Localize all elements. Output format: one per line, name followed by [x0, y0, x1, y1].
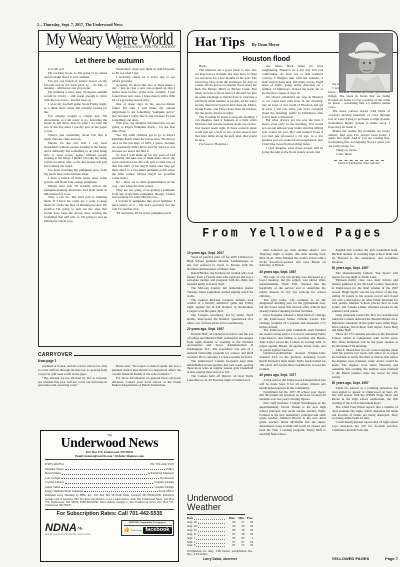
staff-name: Crystal Alberts [45, 480, 64, 484]
staff-name: Dean Winter [45, 471, 61, 475]
paragraph: The Underwood Comets hoopsters kept thei… [187, 360, 253, 375]
text-column-1: 10 years ago, Sept. 2007Years of practic… [187, 249, 253, 562]
staff-role: Production [160, 476, 174, 480]
ndna-logo-text: NDNA [45, 522, 77, 534]
paragraph: Dean is Dickinson area rancher [334, 160, 384, 166]
staff-row: Jamie SullerGraphic Design [45, 485, 174, 489]
leader-dots [65, 483, 154, 484]
paragraph: Thirteen hobby class cars, their drivers… [332, 279, 398, 314]
staff-row: Peggy Wellnitz/Janel JohannesFront Offic… [45, 489, 174, 493]
paragraph: "The amount we are allowed by law to inc… [38, 377, 107, 389]
leader-dots [196, 546, 225, 547]
staff-name: Jamie Suller [45, 485, 60, 489]
text-column-2: Rinas said. "We expect to deficit spend,… [112, 365, 181, 388]
paragraph: Coach Kenny Decker reports that 25 high … [332, 421, 398, 433]
weather-table: Date Max. Min. Prec. Aug. 289457.00Aug. … [187, 517, 253, 548]
paragraph: The McLean County Jail demolition starte… [187, 287, 253, 299]
leader-dots [194, 519, 225, 520]
article-body: Is it fall yet?I'm wearing boots, so I'm… [39, 68, 180, 224]
column-text: then followed up with another district w… [259, 249, 325, 437]
usps-phone-row: USPS 464754 Ph: 701-442-5525 [45, 462, 174, 466]
paragraph: The Cougars secondary, led by senior Tay… [187, 314, 253, 326]
ndna-logo-subtext: NORTH DAKOTA NEWSPAPER ASSOCIATION [45, 535, 91, 537]
masthead-title: Underwood News [45, 436, 174, 450]
hat-tips-box: Hat Tips By Dean Meyer Houston flood Hel… [187, 30, 398, 223]
leader-dots [61, 478, 160, 479]
paragraph: Yes, my adult children get to go to Papa… [112, 134, 175, 153]
staff-role: Editor [166, 467, 174, 471]
paragraph: Underwood-Riverdale downed Wishek-Lehr-Z… [259, 352, 325, 371]
paragraph: Makes me realize my problems are pretty … [328, 130, 390, 149]
article-headline: Houston flood [188, 56, 345, 63]
leader-dots [198, 527, 226, 528]
leader-dots [198, 535, 226, 536]
paragraph: Actually, it's more like two or three ti… [112, 84, 175, 103]
underwood-weather-box: Underwood Weather Date Max. Min. Prec. A… [187, 492, 253, 562]
leader-dots [65, 469, 166, 470]
paragraph: I wore my football game boots Friday nig… [44, 103, 107, 115]
paragraph: We always scheduled our stop in Houston … [262, 96, 324, 119]
carryover-body: payment is frozen, and the school will n… [38, 365, 181, 388]
leader-dots [84, 491, 157, 492]
paragraph: Maybe it's the fact that I can wear swea… [44, 142, 107, 169]
leader-dots [198, 531, 226, 532]
paragraph: But what always got me was the heat. I m… [262, 119, 324, 146]
paragraph: That, I can do. The hard part is thinnin… [44, 196, 107, 223]
paragraph: English and coaches the girls basketball… [332, 249, 398, 264]
paragraph: The Underwood girls basketball team fini… [259, 329, 325, 352]
paragraph: Donald Hoff, an Underwood native and the… [187, 333, 253, 360]
paragraph: Randi Bucher, the Underwood woman who to… [187, 272, 253, 287]
jump-label: YELLOWED PAGES [332, 557, 369, 562]
masthead-box: The Underwood News P.O. Box 575, Underwo… [40, 430, 179, 562]
column-title: Hat Tips [195, 34, 245, 49]
paragraph: The topic of city bus pickup was discuss… [259, 276, 325, 299]
ndna-logo: NDNA❧ NORTH DAKOTA NEWSPAPER ASSOCIATION [45, 519, 91, 537]
paragraph: The gym lobby will continue to be the de… [259, 299, 325, 314]
weary-werre-world-box: My Weary Werre World By Suzanne Werre, E… [38, 30, 181, 347]
leader-dots [196, 539, 225, 540]
paragraph: The Central McLean Cougars' defense took… [187, 299, 253, 314]
paragraph: I can't imagine what those people will b… [262, 147, 324, 155]
paragraph: Later, Dean [328, 153, 390, 157]
paragraph: The news carried stories with films of c… [328, 110, 390, 129]
jump-page: Page 7 [385, 557, 398, 562]
like-us-label: Like us on [131, 529, 142, 532]
paragraph: Rinas said. "We expect to deficit spend,… [112, 365, 181, 377]
paragraph: Years of practice paid off for 2007 Unde… [187, 256, 253, 271]
staff-row: Dean WinterAdvertising Manager [45, 471, 174, 475]
paragraph: I've already bought a couple new fall de… [44, 115, 107, 134]
weather-title: Underwood Weather [187, 494, 245, 515]
facebook-badge-header: BHG/ND Community Newspapers [124, 521, 172, 526]
yellowed-pages-title: From Yellowed Pages [187, 226, 398, 241]
article-headline: Let there be autumn [39, 56, 180, 65]
paragraph: For more information on general fund car… [112, 377, 181, 389]
precipitation-note: Precipitation for Aug., 3.98 inches; pre… [187, 550, 253, 557]
masthead-contact: Email: unnews@westriv.com • Website: bhg… [45, 454, 174, 458]
staff-name: Suzanne Werre [45, 467, 64, 471]
staff-list: Suzanne WerreEditorDean WinterAdvertisin… [45, 467, 174, 493]
columnist-photo [339, 33, 393, 92]
paragraph: Linda Lu, known as a yodeling sensation,… [332, 387, 398, 406]
paragraph: then followed up with another district w… [259, 249, 325, 268]
weather-observer: Larry Dziuk, observer [187, 558, 253, 562]
column-masthead: My Weary Werre World By Suzanne Werre, E… [39, 31, 180, 52]
leader-dots [198, 523, 226, 524]
staff-row: Suzanne WerreEditor [45, 467, 174, 471]
thumbs-up-icon: 👍 [124, 527, 130, 533]
text-column-1: Hello,The Dakotas are a good place to li… [195, 65, 257, 166]
staff-row: Crystal AlbertsGraphic Design [45, 480, 174, 484]
text-column-1: Is it fall yet?I'm wearing boots, so I'm… [44, 68, 107, 224]
facebook-logo: facebook [143, 527, 171, 534]
yellowed-pages-body: 10 years ago, Sept. 2007Years of practic… [187, 249, 398, 562]
staff-role: Graphic Design [154, 485, 174, 489]
paragraph: The flooding in Texas is beyond anything… [195, 116, 257, 143]
paragraph: John E. Busch had two air cooled engines… [332, 349, 398, 380]
logo-row: NDNA❧ NORTH DAKOTA NEWSPAPER ASSOCIATION… [45, 519, 174, 537]
carryover-header: CARRYOVER [38, 352, 181, 358]
continued-jump-line: YELLOWED PAGES Page 7 [332, 555, 398, 562]
leader-dots [62, 474, 147, 475]
staff-name: Lori Gefroh [45, 476, 60, 480]
staff-row: Lori GefrohProduction [45, 476, 174, 480]
paragraph: payment is frozen, and the school will n… [38, 365, 107, 377]
staff-role: Advertising Manager [148, 471, 174, 475]
section-heading: 30 years ago, Sept. 1987 [259, 271, 325, 275]
publication-fineprint: Published every Thursday by BHG, Inc., P… [45, 494, 174, 507]
carryover-label: CARRYOVER [38, 352, 72, 358]
text-column-2: few times. Back when we were longhauling… [262, 65, 324, 166]
paragraph: 'Til next time, I'll be in the pumpkin p… [112, 212, 175, 216]
leader-dots [61, 487, 153, 488]
column-text: 10 years ago, Sept. 2007Years of practic… [187, 249, 253, 383]
weather-rows: Aug. 289457.00Aug. 299059.00Aug. 308658.… [187, 521, 253, 549]
newspaper-page: 2—Thursday, Sept. 7, 2017, The Underwood… [0, 0, 400, 567]
usps-number: USPS 464754 [45, 462, 64, 466]
rule [74, 355, 181, 356]
paragraph: The Comets held off District 14 rival Tu… [187, 375, 253, 383]
text-column-2: then followed up with another district w… [259, 249, 325, 562]
paragraph: A trial run for the Underwood transporta… [259, 379, 325, 391]
phone-number: Ph: 701-442-5525 [150, 462, 174, 466]
paragraph: So now I will make up for my years of ba… [112, 154, 175, 181]
column-byline: By Dean Meyer [252, 42, 280, 47]
staff-name: Peggy Wellnitz/Janel Johannes [45, 489, 83, 493]
carryover-from-page: from page 1 [38, 359, 181, 363]
paragraph: The Dakotas are a good place to live. Oh… [195, 69, 257, 116]
page-folio: 2—Thursday, Sept. 7, 2017, The Underwood… [37, 22, 123, 27]
leader-dots [196, 543, 225, 544]
text-column-1: payment is frozen, and the school will n… [38, 365, 107, 388]
facebook-badge: BHG/ND Community Newspapers 👍 Like us on… [121, 520, 174, 537]
weather-row: Sept. 38757.00 [187, 544, 253, 548]
staff-role: Graphic Design [154, 480, 174, 484]
rule [45, 459, 174, 460]
carryover-section: CARRYOVER from page 1 payment is frozen,… [38, 352, 181, 388]
paragraph: Fire Chief Fred Eman reports that a numb… [332, 406, 398, 421]
staff-role: Front Office [159, 489, 174, 493]
text-column-2: Yesterday's wind tore them in mid-blosso… [112, 68, 175, 224]
paragraph: Greg Anderson posted the first two touch… [332, 314, 398, 333]
paragraph: I've been to Houston a [195, 143, 257, 147]
paragraph: One of these days in the not-too-distant… [112, 103, 175, 122]
paragraph: New staff includes: Colleen Waddington a… [259, 402, 325, 437]
paragraph: few times. Back when we were longhauling… [262, 65, 324, 96]
paragraph: There are 273 students enrolled at the R… [332, 333, 398, 348]
text-column-3: English and coaches the girls basketball… [332, 249, 398, 562]
column-title: My Weary Werre World [43, 32, 176, 49]
paragraph: Dave Kapaske donated a large head of cab… [259, 314, 325, 329]
subscription-line: For Subscription Rates: Call 701-442-553… [45, 509, 174, 518]
leaf-icon: ❧ [77, 524, 84, 533]
column-text: English and coaches the girls basketball… [332, 249, 398, 433]
